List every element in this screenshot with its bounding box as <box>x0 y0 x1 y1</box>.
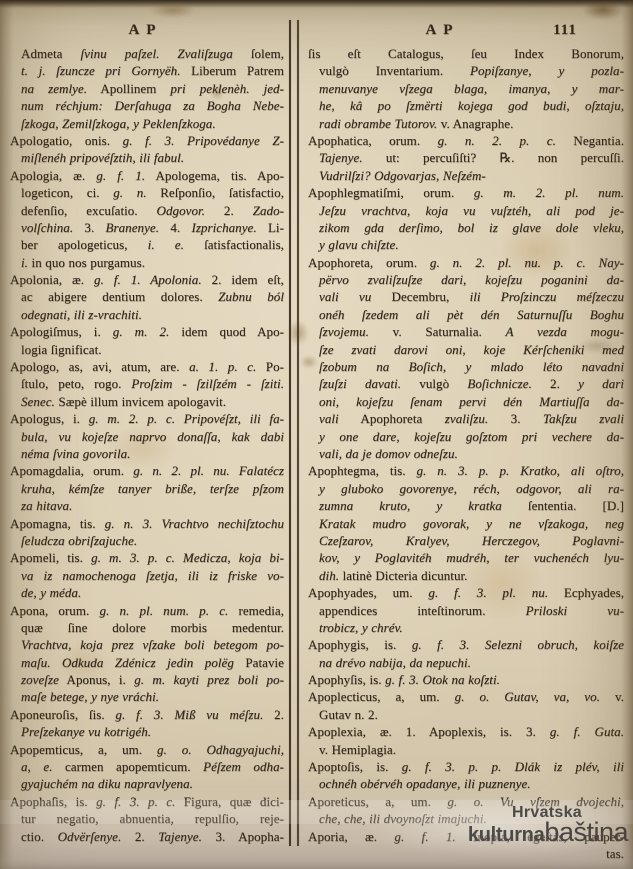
column-header-right: A P <box>400 22 480 39</box>
text-line: Apophlegmatiſmi, orum. g. m. 2. pl. num. <box>308 184 624 201</box>
text-line: Jeſzu vrachtva, koja vu vuſztéh, ali pod… <box>308 202 624 219</box>
text-line: ber apologeticus, i. e. ſatisfactionalis… <box>10 236 284 253</box>
text-line: na zemlye. Apollinem pri peklenèh. jed- <box>10 80 284 97</box>
text-line: trobicz, y chrév. <box>308 619 624 636</box>
text-line: Apoptoſis, is. g. f. 3. p. p. Dlák iz pl… <box>308 758 624 775</box>
text-line: Kratak mudro govorak, y ne vſzakoga, neg <box>308 515 624 532</box>
text-line: Apophaſis, is. g. f. 3. p. c. Figura, qu… <box>10 793 284 810</box>
text-line: logeticon, ci. g. n. Reſponſio, ſatisfac… <box>10 184 284 201</box>
text-line: kruha, kémſze tanyer briße, terſze pſzom <box>10 480 284 497</box>
text-line: Vrachtva, koja prez vſzake boli betegom … <box>10 636 284 653</box>
text-line: Apona, orum. g. n. pl. num. p. c. remedi… <box>10 602 284 619</box>
text-line: i. in quo nos purgamus. <box>10 254 284 271</box>
text-line: Preſzekanye vu kotrigéh. <box>10 723 284 740</box>
text-line: Apologiſmus, i. g. m. 2. idem quod Apo- <box>10 323 284 340</box>
text-line: tur negatio, abnuentia, repulſio, reje- <box>10 810 284 827</box>
text-line: ſzkoga, Zemilſzkoga, y Peklenſzkoga. <box>10 115 284 132</box>
text-line: Apomagna, tis. g. n. 3. Vrachtvo nechiſz… <box>10 515 284 532</box>
column-divider <box>297 20 299 846</box>
text-line: zumna kruto, y kratka ſententia. [D.] <box>308 497 624 514</box>
text-line: ſzobum na Boſich, y mlado léto navadni <box>308 358 624 375</box>
text-line: zikom gda derſimo, bol iz glave dole vle… <box>308 219 624 236</box>
text-line: logia ſignificat. <box>10 341 284 358</box>
left-column-text: Admeta ſvinu paſzel. Zvaliſzuga ſolem,t.… <box>10 45 284 845</box>
text-line: Apophatica, orum. g. n. 2. p. c. Neganti… <box>308 132 624 149</box>
text-line: na drévo nabija, da nepuchi. <box>308 654 624 671</box>
text-line: a, e. carmen apopemticum. Péſzem odha- <box>10 758 284 775</box>
text-line: néma ſvina govorila. <box>10 445 284 462</box>
right-column-text: ſis eſt Catalogus, ſeu Index Bonorum,vul… <box>308 45 624 862</box>
text-line: y one dare, kojeſzu goſztom pri vechere … <box>308 428 624 445</box>
text-line: Apologatio, onis. g. f. 3. Pripovédanye … <box>10 132 284 149</box>
text-line: menuvanye vſzega blaga, imanya, y mar- <box>308 80 624 97</box>
text-line: de, y méda. <box>10 584 284 601</box>
text-line: Tajenye. ut: percuſiſti? ℞. non percuſſi… <box>308 149 624 166</box>
text-line: Gutav n. 2. <box>308 706 624 723</box>
text-line: Vudrilſzi? Odgovarjas, Neſzém- <box>308 167 624 184</box>
text-line: Apophoreta, orum. g. n. 2. pl. nu. p. c.… <box>308 254 624 271</box>
text-line: ſzvojemu. v. Saturnalia. A vezda mogu- <box>308 323 624 340</box>
watermark-line2-part2: baština <box>544 817 628 847</box>
text-line: t. j. ſzuncze pri Gornyëh. Liberum Patre… <box>10 62 284 79</box>
text-line: oni, kojeſzu ſenam pervi dén Martiuſſa d… <box>308 393 624 410</box>
text-line: vali, da je domov odneſzu. <box>308 445 624 462</box>
text-line: ac abigere dentium dolores. Zubnu ból <box>10 288 284 305</box>
text-line: vulgò Inventarium. Popiſzanye, y pozla- <box>308 62 624 79</box>
text-line: radi obrambe Tutorov. v. Anagraphe. <box>308 115 624 132</box>
text-line: y gluboko govorenye, réch, odgovor, ali … <box>308 480 624 497</box>
text-line: defenſio, excuſatio. Odgovor. 2. Zado- <box>10 202 284 219</box>
text-line: bula, vu kojeſze naprvo donaſſa, kak dab… <box>10 428 284 445</box>
text-line: miſlenéh pripovéſztih, ili fabul. <box>10 149 284 166</box>
text-line: odegnati, ili z-vrachiti. <box>10 306 284 323</box>
text-line: volſchina. 3. Branenye. 4. Izprichanye. … <box>10 219 284 236</box>
text-line: vali vu Decembru, ili Proſzinczu méſzecz… <box>308 288 624 305</box>
text-line: ſeludcza obriſzajuche. <box>10 532 284 549</box>
text-line: Senec. Sæpè illum invicem apologavit. <box>10 393 284 410</box>
watermark: Hrvatska kulturnabaština <box>468 806 628 849</box>
text-line: Apophyades, um. g. f. 3. pl. nu. Ecphyad… <box>308 584 624 601</box>
column-divider <box>289 20 291 846</box>
text-line: përvo zvaliſzuſze dari, kojeſzu poganini… <box>308 271 624 288</box>
watermark-line2-part1: kulturna <box>468 824 545 846</box>
text-line: Apophyſis, is. g. f. 3. Otok na koſzti. <box>308 671 624 688</box>
text-line: v. Hemiplagia. <box>308 741 624 758</box>
text-line: ſze zvati darovi oni, koje Kérſcheniki m… <box>308 341 624 358</box>
text-line: ſtulo, peto, rogo. Proſzim - ſzilſzém - … <box>10 375 284 392</box>
column-header-left: A P <box>103 22 183 39</box>
text-line: dih. latinè Dicteria dicuntur. <box>308 567 624 584</box>
text-line: ctio. Odvërſenye. 2. Tajenye. 3. Apopha- <box>10 828 284 845</box>
text-line: Apoplecticus, a, um. g. o. Gutav, va, vo… <box>308 688 624 705</box>
text-line: gyajuchém na diku napravlyena. <box>10 775 284 792</box>
text-line: ochnéh obérvéh opadanye, ili puznenye. <box>308 775 624 792</box>
text-line: Apomeli, tis. g. m. 3. p. c. Medicza, ko… <box>10 549 284 566</box>
text-line: Apolonia, æ. g. f. 1. Apolonia. 2. idem … <box>10 271 284 288</box>
text-line: Apomagdalia, orum. g. n. 2. pl. nu. Fala… <box>10 462 284 479</box>
text-line: appendices inteſtinorum. Priloski vu- <box>308 602 624 619</box>
watermark-line2: kulturnabaština <box>468 820 628 849</box>
page-number: 111 <box>543 22 587 39</box>
text-line: num réchjum: Derſahuga za Bogha Nebe- <box>10 97 284 114</box>
text-line: Apologus, i. g. m. 2. p. c. Pripovéſzt, … <box>10 410 284 427</box>
text-line: za hitava. <box>10 497 284 514</box>
text-line: Apologia, æ. g. f. 1. Apologema, tis. Ap… <box>10 167 284 184</box>
text-line: kov, y Poglavitéh mudréh, ter vuchenéch … <box>308 549 624 566</box>
text-line: zoveſze Aponus, i. g. m. kayti prez boli… <box>10 671 284 688</box>
text-line: Apophtegma, tis. g. n. 3. p. p. Kratko, … <box>308 462 624 479</box>
text-line: Apoplexia, æ. 1. Apoplexis, is. 3. g. f.… <box>308 723 624 740</box>
text-line: Apologo, as, avi, atum, are. a. 1. p. c.… <box>10 358 284 375</box>
text-line: Apophygis, is. g. f. 3. Selezni obruch, … <box>308 636 624 653</box>
text-line: quæ ſine dolore morbis medentur. <box>10 619 284 636</box>
text-line: Aponeuroſis, ſis. g. f. 3. Miß vu méſzu.… <box>10 706 284 723</box>
text-line: va iz namochenoga ſzetja, ili iz friske … <box>10 567 284 584</box>
text-line: ſzuſzi davati. vulgò Boſichnicze. 2. y d… <box>308 375 624 392</box>
text-line: onéh ſzedem ali pèt dén Saturnuſſu Boghu <box>308 306 624 323</box>
text-line: he, kâ po ſzmërti kojega god budi, oſzta… <box>308 97 624 114</box>
text-line: ſis eſt Catalogus, ſeu Index Bonorum, <box>308 45 624 62</box>
scanned-page: A P A P 111 Admeta ſvinu paſzel. Zvaliſz… <box>0 0 633 869</box>
text-line: maſe betege, y nye vráchi. <box>10 688 284 705</box>
text-line: Czeſzarov, Kralyev, Herczegov, Poglavni- <box>308 532 624 549</box>
text-line: vali Apophoreta zvaliſzu. 3. Takſzu zval… <box>308 410 624 427</box>
page-top-edge <box>0 0 633 8</box>
text-line: Apopemticus, a, um. g. o. Odhagyajuchi, <box>10 741 284 758</box>
text-line: y glavu chiſzte. <box>308 236 624 253</box>
text-line: maſu. Odkuda Zdénicz jedin polëg Patavie <box>10 654 284 671</box>
text-line: Admeta ſvinu paſzel. Zvaliſzuga ſolem, <box>10 45 284 62</box>
